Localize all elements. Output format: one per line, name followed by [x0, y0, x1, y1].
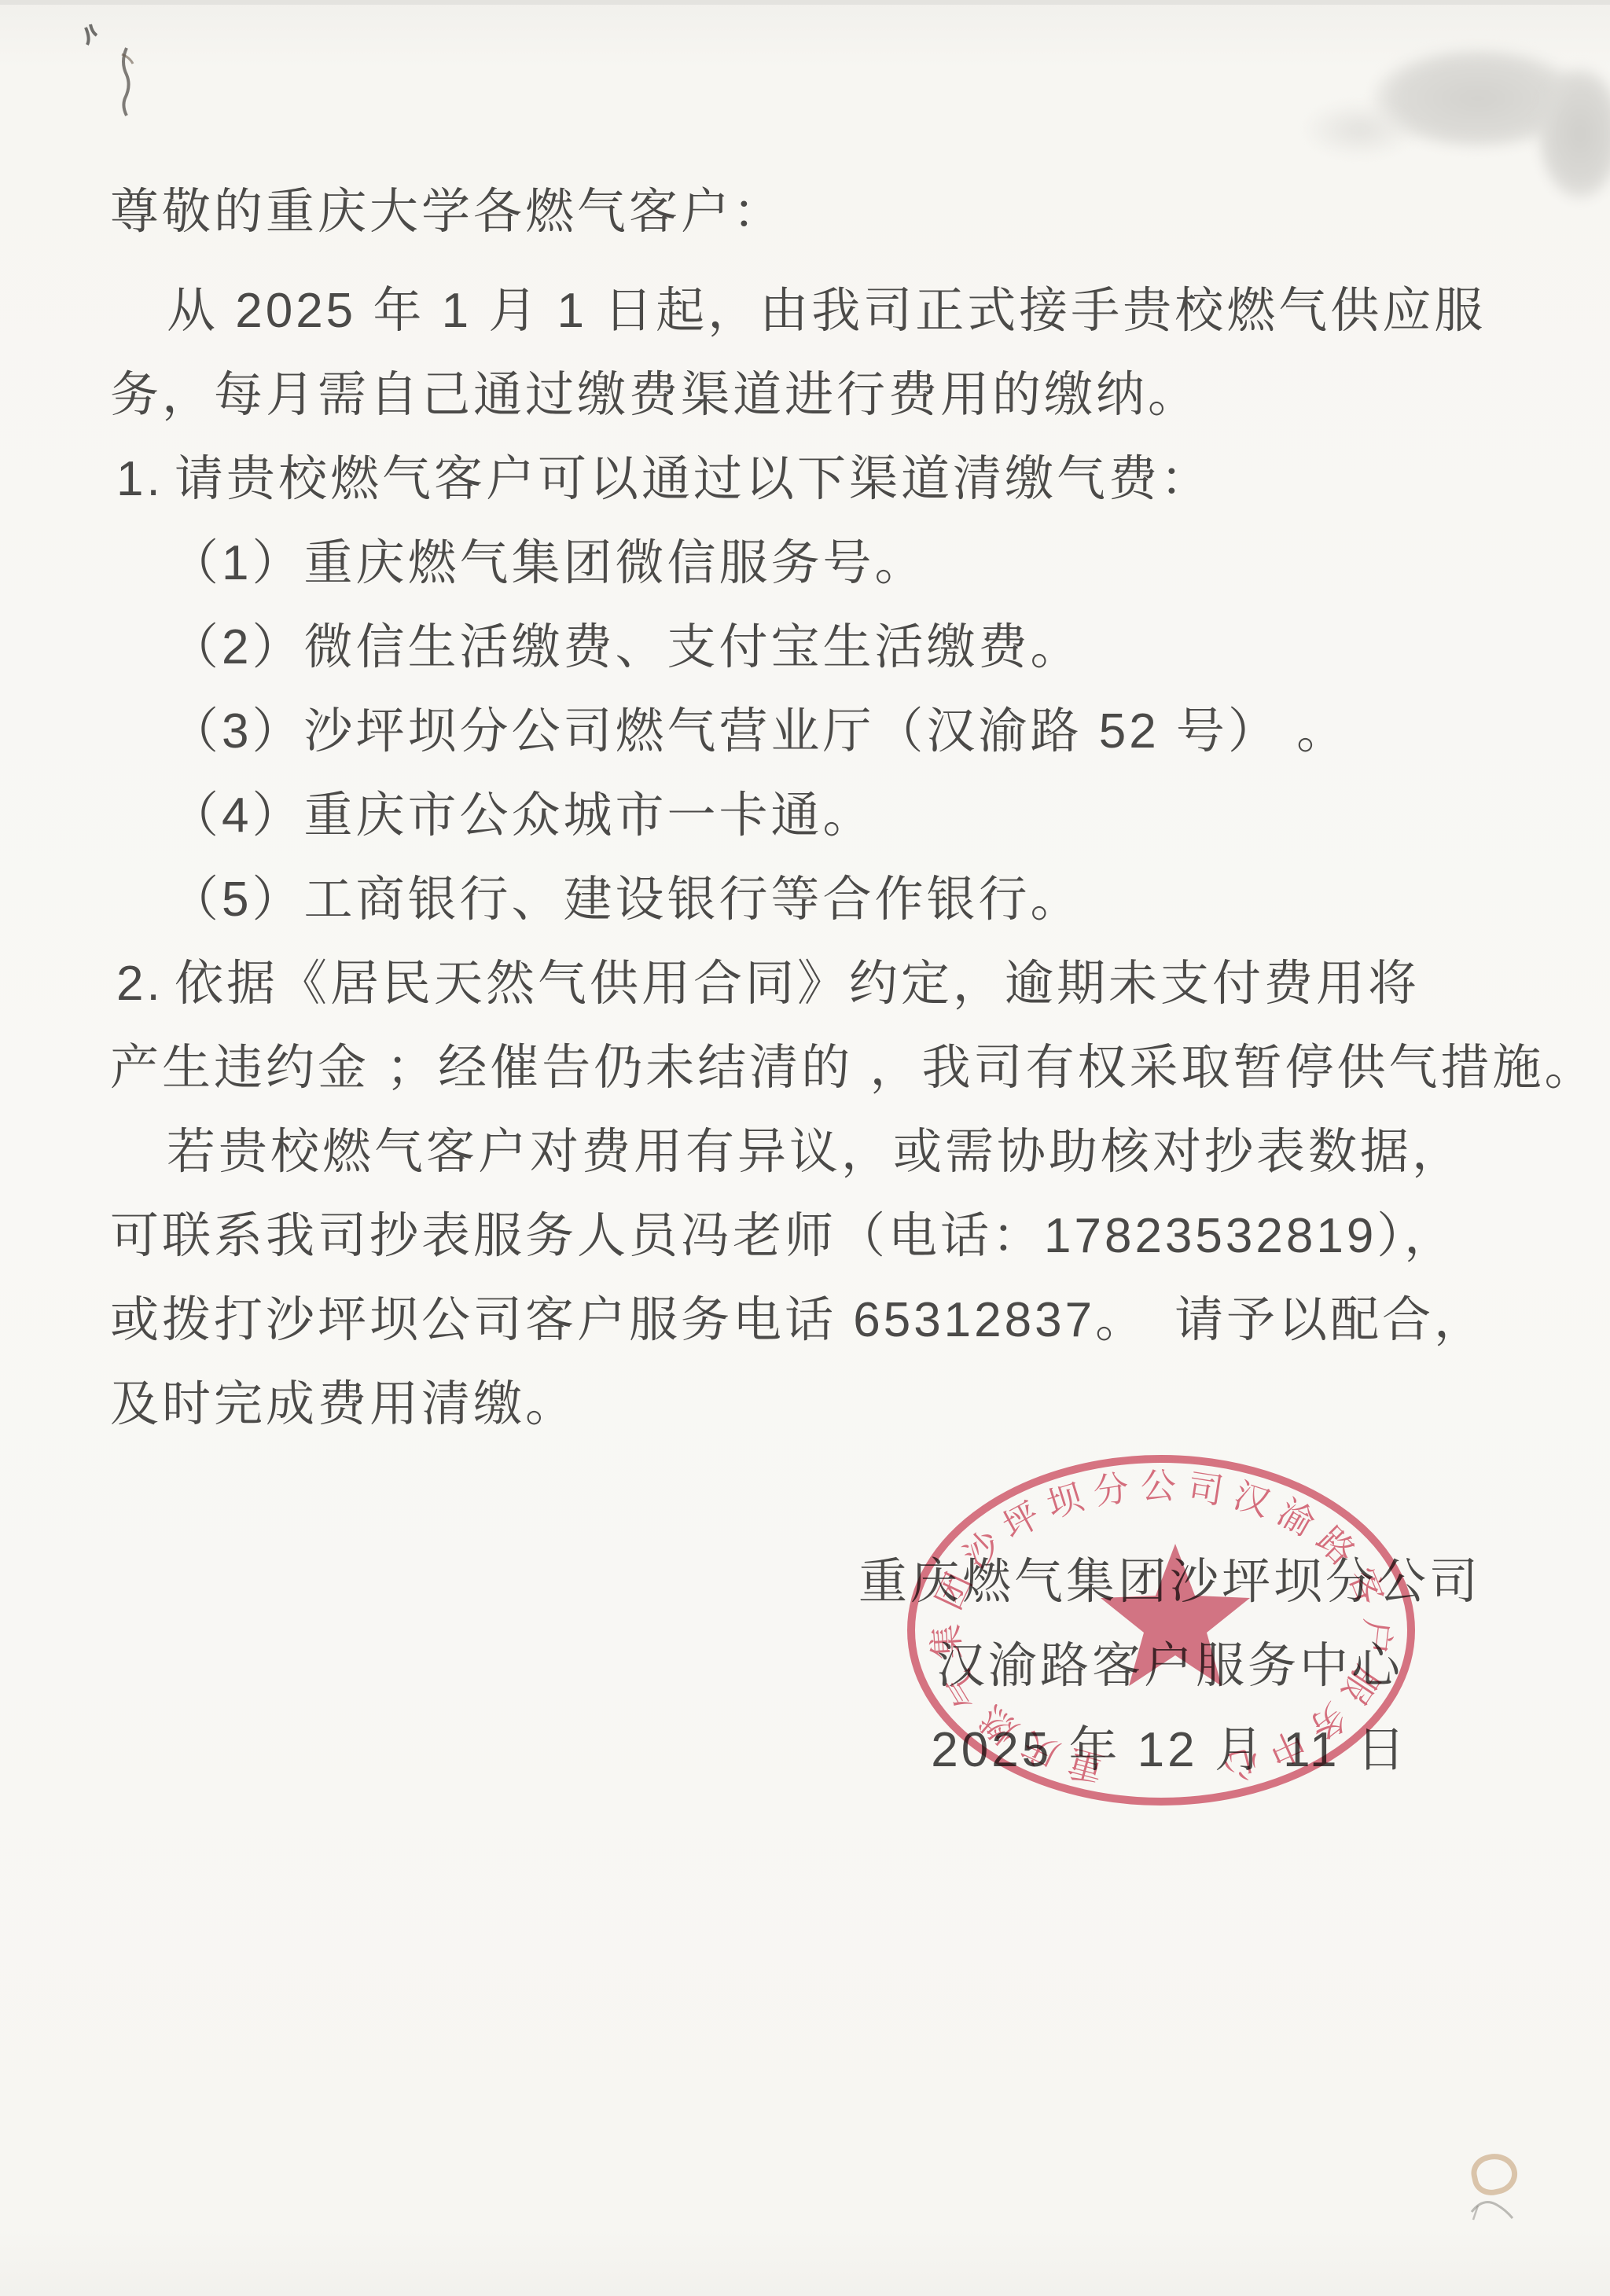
- body-line: 从 2025 年 1 月 1 日起，由我司正式接手贵校燃气供应服: [110, 269, 1525, 353]
- body-line: 若贵校燃气客户对费用有异议，或需协助核对抄表数据，: [110, 1110, 1525, 1194]
- pen-scribble-mark: [1454, 2185, 1564, 2240]
- body-line: 务，每月需自己通过缴费渠道进行费用的缴纳。: [110, 353, 1525, 437]
- official-seal: 重庆燃气集团沙坪坝分公司汉渝路客户服务中心: [884, 1438, 1443, 1824]
- scan-smudge: [1305, 102, 1415, 157]
- body-line-numbered: 2.依据《居民天然气供用合同》约定，逾期未支付费用将: [110, 942, 1525, 1026]
- salutation: 尊敬的重庆大学各燃气客户：: [110, 170, 1525, 254]
- body-line-item: （3）沙坪坝分公司燃气营业厅（汉渝路 52 号） 。: [110, 689, 1525, 773]
- body-line: 及时完成费用清缴。: [110, 1362, 1525, 1446]
- body-line-item: （4）重庆市公众城市一卡通。: [110, 773, 1525, 858]
- body-line-numbered: 1.请贵校燃气客户可以通过以下渠道清缴气费：: [110, 437, 1525, 521]
- scanned-letter-page: 尊敬的重庆大学各燃气客户： 从 2025 年 1 月 1 日起，由我司正式接手贵…: [0, 0, 1610, 2296]
- list-number: 1.: [116, 437, 175, 521]
- body-line: 可联系我司抄表服务人员冯老师（电话：17823532819），: [110, 1194, 1525, 1278]
- pen-scribble-mark: [75, 20, 169, 122]
- body-line: 或拨打沙坪坝公司客户服务电话 65312837。 请予以配合，: [110, 1278, 1525, 1362]
- scanner-edge-shadow: [0, 0, 1610, 5]
- body-line: 产生违约金 ；经催告仍未结清的 ，我司有权采取暂停供气措施。: [110, 1026, 1525, 1110]
- body-line-text: 依据《居民天然气供用合同》约定，逾期未支付费用将: [175, 957, 1420, 1011]
- body-line-item: （1）重庆燃气集团微信服务号。: [110, 521, 1525, 605]
- letter-body: 尊敬的重庆大学各燃气客户： 从 2025 年 1 月 1 日起，由我司正式接手贵…: [110, 170, 1525, 1446]
- body-line-item: （5）工商银行、建设银行等合作银行。: [110, 858, 1525, 942]
- seal-star: [1101, 1544, 1250, 1686]
- body-line-item: （2）微信生活缴费、支付宝生活缴费。: [110, 605, 1525, 689]
- list-number: 2.: [116, 942, 175, 1026]
- body-line-text: 请贵校燃气客户可以通过以下渠道清缴气费：: [175, 452, 1212, 506]
